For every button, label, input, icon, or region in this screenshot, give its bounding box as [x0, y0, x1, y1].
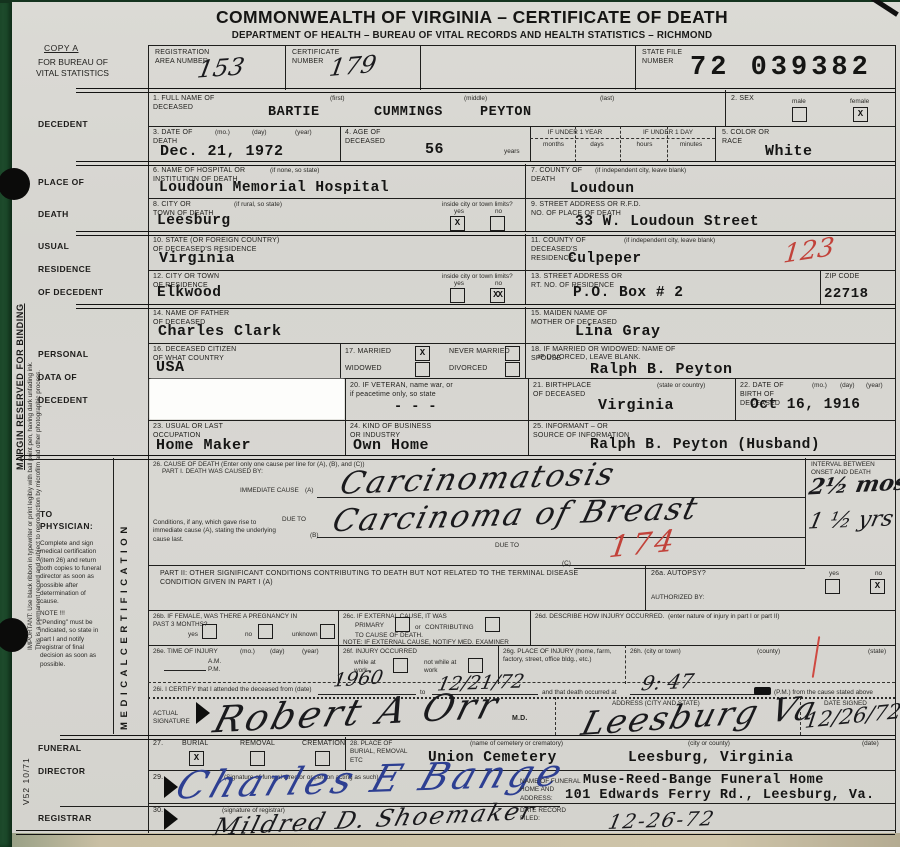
regbox-border: [420, 45, 421, 90]
regbox-border: [285, 45, 286, 90]
medcert-strip-border: [113, 458, 114, 734]
funeral-director-signature: Charles E Bange: [171, 753, 570, 804]
f22-value: Oct 16, 1916: [750, 398, 860, 414]
row-border: [148, 198, 895, 199]
cell-border: [338, 610, 339, 645]
f26f-label: 26f. INJURY OCCURRED: [343, 648, 417, 656]
cell-border: [525, 343, 526, 379]
f2-label: 2. SEX: [731, 95, 754, 104]
medcert-vertical-label: M E D I C A L C E R T I F I C A T I O N: [120, 460, 130, 730]
f4-value: 56: [425, 142, 444, 159]
f2-female-checkbox: X: [853, 107, 868, 122]
f26a-no-checkbox: X: [870, 579, 885, 594]
f17-widowed-checkbox: [415, 362, 430, 377]
f26-interval-b-value: 1 ½ yrs: [806, 509, 895, 534]
f22-yr-hint: (year): [866, 382, 883, 390]
cell-border: [340, 343, 341, 379]
margin-important-line1: IMPORTANT: Use black ribbon in typewrite…: [28, 230, 35, 650]
f26a-yes-label: yes: [829, 570, 839, 578]
certificate-number-value: 179: [328, 52, 379, 80]
f29-home-address: 101 Edwards Ferry Rd., Leesburg, Va.: [565, 789, 875, 804]
section-personal-line3: DECEDENT: [38, 396, 88, 405]
f27-removal-label: REMOVAL: [240, 740, 275, 749]
pointer-arrow-icon: [196, 702, 210, 724]
f4-years-label: years: [504, 148, 520, 156]
form-left-border: [148, 90, 149, 833]
f26b-label: 26b. IF FEMALE, WAS THERE A PREGNANCY IN…: [153, 613, 313, 630]
f26h-county-hint: (county): [757, 648, 780, 656]
f9-value: 33 W. Loudoun Street: [575, 215, 759, 231]
f25-value: Ralph B. Peyton (Husband): [590, 438, 820, 454]
cell-border: [645, 565, 646, 610]
cell-border: [528, 420, 529, 455]
f16-value: USA: [156, 360, 185, 377]
f26b-yes-checkbox: [202, 624, 217, 639]
f26d-hint: (enter nature of injury in part I or par…: [668, 613, 780, 621]
sub-border: [530, 138, 715, 139]
f4-days-label: days: [576, 141, 618, 149]
cell-border: [340, 126, 341, 162]
form-number-label: V52 10/71: [22, 735, 31, 805]
row-border: [148, 126, 895, 127]
record-filed-date: 12-26-72: [606, 808, 717, 832]
f17-never-label: NEVER MARRIED: [449, 348, 510, 357]
f17-widowed-label: WIDOWED: [345, 365, 382, 374]
f27-number: 27.: [153, 740, 163, 749]
f26-immediate-label: IMMEDIATE CAUSE: [240, 487, 299, 495]
bottom-rule: [16, 830, 895, 835]
f17-married-label: 17. MARRIED: [345, 348, 391, 357]
section-registrar: REGISTRAR: [38, 814, 92, 823]
f28-cemetery-hint: (name of cemetery or crematory): [470, 740, 563, 748]
f26c-contributing-label: CONTRIBUTING: [425, 624, 474, 632]
f4-under1day-label: IF UNDER 1 DAY: [622, 129, 714, 137]
f26c-note-label: NOTE: IF EXTERNAL CAUSE, NOTIFY MED. EXA…: [343, 639, 533, 647]
hole-punch: [0, 168, 30, 200]
f28-date-hint: (date): [862, 740, 879, 748]
f12-value: Elkwood: [157, 286, 221, 302]
f14-value: Charles Clark: [158, 324, 282, 341]
regbox-border: [895, 45, 896, 90]
f8-value: Leesburg: [157, 214, 231, 230]
f26e-mo-hint: (mo.): [240, 648, 255, 656]
physician-signature: Robert A Orr: [210, 687, 505, 739]
cell-border: [715, 126, 716, 162]
f18-value: Ralph B. Peyton: [590, 362, 733, 379]
f17-divorced-label: DIVORCED: [449, 365, 488, 374]
f28-city-hint: (city or county): [688, 740, 730, 748]
f26-interval-a-value: 2½ mos: [807, 471, 900, 498]
section-personal-line1: PERSONAL: [38, 350, 88, 359]
copy-label: COPY A: [44, 44, 79, 53]
f20-label: 20. IF VETERAN, name war, or if peacetim…: [350, 382, 458, 400]
f26b-yes-label: yes: [188, 631, 198, 639]
f26i-md-label: M.D.: [512, 715, 528, 724]
f26-dueto1-label: DUE TO: [282, 516, 306, 524]
f1-middle-value: CUMMINGS: [374, 106, 443, 121]
section-rule-heavy: [16, 455, 895, 460]
f17-divorced-checkbox: [505, 362, 520, 377]
section-rule: [76, 88, 895, 93]
f26h-label: 26h. (city or town): [630, 648, 681, 656]
f1-middle-hint: (middle): [464, 95, 487, 103]
cell-border: [725, 90, 726, 126]
f26i-signature-label: ACTUAL SIGNATURE: [153, 710, 191, 727]
f28-city-value: Leesburg, Virginia: [628, 751, 794, 767]
f26c-primary-label: PRIMARY: [355, 622, 384, 630]
f1-last-value: PEYTON: [480, 106, 532, 121]
cell-border: [528, 378, 529, 420]
f29-number: 29.: [153, 774, 163, 783]
f13-zip-label: ZIP CODE: [825, 273, 860, 282]
physician-note: Complete and sign medical certification …: [40, 540, 104, 607]
f26i-certify-label: 26i. I CERTIFY that I attended the decea…: [153, 686, 328, 694]
f6-hint: (if none, so state): [270, 167, 319, 175]
row-border: [148, 565, 895, 566]
row-border: [148, 610, 895, 611]
row-border: [148, 420, 895, 421]
f3-yr-hint: (year): [295, 129, 312, 137]
f26f-notatwork-checkbox: [468, 658, 483, 673]
cell-border-dashed: [555, 697, 556, 735]
f4-minutes-label: minutes: [668, 141, 714, 149]
f26b-unknown-label: unknown: [292, 631, 318, 639]
margin-important-line2: This is a permanent record and subject t…: [36, 230, 43, 650]
f30-date-label: DATE RECORD FILED:: [520, 807, 580, 824]
f26e-yr-hint: (year): [302, 648, 319, 656]
f26h-red-mark: [812, 636, 821, 678]
hole-punch: [0, 618, 28, 652]
f26e-label: 26e. TIME OF INJURY: [153, 648, 218, 656]
cell-border: [735, 378, 736, 420]
f26a-authorized-label: AUTHORIZED BY:: [651, 594, 711, 602]
f19-redaction-box: [150, 379, 344, 419]
cell-border-dashed: [625, 645, 626, 684]
f11-red-annotation: 123: [782, 234, 835, 267]
f26h-state-hint: (state): [868, 648, 886, 656]
section-decedent: DECEDENT: [38, 120, 88, 129]
f22-day-hint: (day): [840, 382, 855, 390]
sub-border: [667, 126, 668, 162]
f12-yes-checkbox: [450, 288, 465, 303]
f8-hint: (if rural, so state): [234, 201, 282, 209]
f26a-label: 26a. AUTOPSY?: [651, 570, 706, 579]
f26e-day-hint: (day): [270, 648, 285, 656]
state-file-number-value: 72 039382: [690, 54, 872, 84]
physician-date-signed: 12/26/72: [804, 701, 900, 732]
f8-yes-checkbox: X: [450, 216, 465, 231]
section-residence-line2: RESIDENCE: [38, 265, 91, 274]
f26d-label: 26d. DESCRIBE HOW INJURY OCCURRED.: [535, 613, 664, 621]
f3-mo-hint: (mo.): [215, 129, 230, 137]
regbox-border: [635, 45, 636, 90]
section-personal-line2: DATA OF: [38, 373, 77, 382]
f3-value: Dec. 21, 1972: [160, 144, 284, 161]
f26-part1-label: PART I. DEATH WAS CAUSED BY:: [162, 468, 292, 476]
cell-border: [820, 270, 821, 305]
f26i-time-value: 9: 47: [640, 671, 696, 694]
f15-value: Lina Gray: [575, 324, 661, 341]
f4-label: 4. AGE OF DECEASED: [345, 129, 400, 147]
f24-value: Own Home: [353, 438, 429, 455]
f26-red-annotation: 174: [607, 527, 679, 564]
margin-binding-label: MARGIN RESERVED FOR BINDING: [16, 270, 25, 470]
f26g-label: 26g. PLACE OF INJURY (home, farm, factor…: [503, 648, 618, 665]
f23-value: Home Maker: [156, 438, 251, 455]
f6-value: Loudoun Memorial Hospital: [159, 181, 389, 197]
section-rule: [76, 161, 895, 166]
f7-value: Loudoun: [570, 182, 634, 198]
f10-value: Virginia: [159, 251, 235, 268]
f30-number: 30.: [153, 807, 163, 816]
section-funeral-line2: DIRECTOR: [38, 767, 85, 776]
corner-scan-mark: [871, 0, 899, 16]
f17-married-checkbox: X: [415, 346, 430, 361]
f26c-contributing-checkbox: [485, 617, 500, 632]
page-title: COMMONWEALTH OF VIRGINIA – CERTIFICATE O…: [142, 8, 802, 27]
bottom-scan-strip: [12, 833, 900, 847]
state-file-number-label: STATE FILE NUMBER: [642, 49, 692, 67]
write-line-c: [574, 568, 805, 569]
f26a-no-label: no: [875, 570, 882, 578]
time-write-line: [164, 670, 206, 671]
f26f-atwork-checkbox: [393, 658, 408, 673]
registration-area-value: 153: [196, 54, 247, 81]
f26b-no-label: no: [245, 631, 252, 639]
pending-note: "Pending" must be indicated, so state in…: [40, 619, 104, 669]
section-rule: [76, 304, 895, 309]
cell-border: [525, 307, 526, 343]
f1-label: 1. FULL NAME OF DECEASED: [153, 95, 231, 113]
f1-first-value: BARTIE: [268, 106, 320, 121]
f21-value: Virginia: [598, 398, 674, 415]
sub-border: [575, 126, 576, 162]
f17-never-checkbox: [505, 346, 520, 361]
f11-hint: (if independent city, leave blank): [624, 237, 715, 245]
pointer-arrow-icon: [164, 808, 178, 830]
f22-mo-hint: (mo.): [812, 382, 827, 390]
f27-burial-label: BURIAL: [182, 740, 209, 749]
f5-value: White: [765, 144, 813, 161]
f12-no-checkbox: XX: [490, 288, 505, 303]
f13-value: P.O. Box # 2: [573, 286, 683, 302]
f26c-primary-checkbox: [395, 617, 410, 632]
section-place-line1: PLACE OF: [38, 178, 84, 187]
f2-male-checkbox: [792, 107, 807, 122]
row-border: [148, 270, 895, 271]
f2-female-label: female: [850, 98, 869, 106]
f3-day-hint: (day): [252, 129, 267, 137]
row-border: [148, 343, 895, 344]
f26e-pm-label: P.M.: [208, 666, 220, 674]
f26-cause-a-value: Carcinomatosis: [337, 459, 619, 499]
section-place-line2: DEATH: [38, 210, 69, 219]
f26-a-label: (A): [305, 487, 314, 495]
f2-male-label: male: [792, 98, 806, 106]
f13-zip-value: 22718: [824, 287, 869, 302]
f1-last-hint: (last): [600, 95, 614, 103]
f26b-unknown-checkbox: [320, 624, 335, 639]
cell-border: [345, 420, 346, 455]
interval-col-border: [805, 458, 806, 565]
f7-hint: (if independent city, leave blank): [595, 167, 686, 175]
cell-border: [530, 126, 531, 162]
page-subtitle: DEPARTMENT OF HEALTH – BUREAU OF VITAL R…: [142, 31, 802, 42]
f4-hours-label: hours: [622, 141, 667, 149]
f26i-from-value: 1960: [332, 668, 384, 690]
f21-hint: (state or country): [657, 382, 705, 390]
section-to-physician-line2: PHYSICIAN:: [40, 522, 93, 531]
certificate-paper: COMMONWEALTH OF VIRGINIA – CERTIFICATE O…: [12, 2, 900, 833]
regbox-top-border: [148, 45, 895, 46]
f20-value: - - -: [394, 401, 437, 416]
regbox-border: [148, 45, 149, 90]
cell-border-dashed: [800, 697, 801, 735]
f8-no-checkbox: [490, 216, 505, 231]
section-rule: [60, 735, 895, 740]
f27-cremation-label: CREMATION: [302, 740, 345, 749]
f21-label: 21. BIRTHPLACE OF DECEASED: [533, 382, 601, 400]
row-border: [148, 645, 895, 646]
f4-months-label: months: [532, 141, 575, 149]
binding-edge-strip: [0, 0, 12, 847]
section-rule: [76, 231, 895, 236]
cell-border: [530, 610, 531, 645]
f26-dueto2-label: DUE TO: [495, 542, 519, 550]
cell-border: [345, 378, 346, 420]
section-residence-line3: OF DECEDENT: [38, 288, 103, 297]
f26b-no-checkbox: [258, 624, 273, 639]
f29-home-name: Muse-Reed-Bange Funeral Home: [583, 774, 824, 789]
f1-first-hint: (first): [330, 95, 345, 103]
f26-cond-label: Conditions, if any, which gave rise to i…: [153, 519, 281, 544]
copy-for-line2: VITAL STATISTICS: [36, 69, 109, 78]
copy-for-line1: FOR BUREAU OF: [38, 58, 108, 67]
sub-border: [620, 126, 621, 162]
part2-label: PART II: OTHER SIGNIFICANT CONDITIONS CO…: [160, 570, 590, 588]
f26a-yes-checkbox: [825, 579, 840, 594]
f11-value: Culpeper: [568, 252, 642, 268]
pending-note-header: NOTE !!!: [40, 610, 65, 618]
section-funeral-line1: FUNERAL: [38, 744, 81, 753]
